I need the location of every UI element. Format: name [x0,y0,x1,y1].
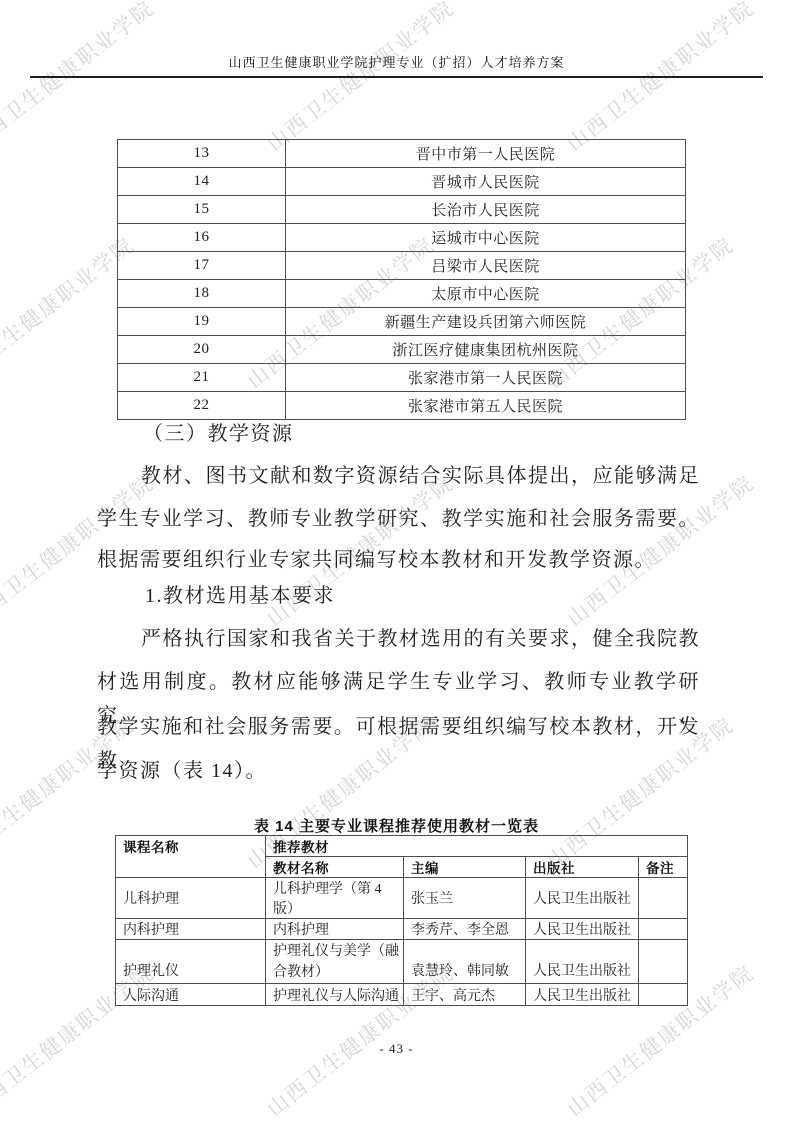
publisher-header: 出版社 [526,857,639,878]
page-number: - 43 - [0,1041,793,1057]
table-row: 21 张家港市第一人民医院 [118,364,686,392]
table-row: 18 太原市中心医院 [118,280,686,308]
note-header: 备注 [639,857,688,878]
table14-caption: 表 14 主要专业课程推荐使用教材一览表 [0,815,793,836]
paragraph-line: 学资源（表 14）。 [97,754,700,788]
editor-header: 主编 [404,857,526,878]
book-cell: 护理礼仪与人际沟通 [266,984,404,1006]
paragraph-line: 根据需要组织行业专家共同编写校本教材和开发教学资源。 [97,543,700,577]
paragraph-line: 材选用制度。教材应能够满足学生专业学习、教师专业教学研究、 [97,665,700,699]
hospital-name-cell: 晋城市人民医院 [286,168,686,196]
hospital-no-cell: 19 [118,308,286,336]
hospital-no-cell: 14 [118,168,286,196]
hospital-no-cell: 20 [118,336,286,364]
hospital-name-cell: 吕梁市人民医院 [286,252,686,280]
paragraph-line: 学生专业学习、教师专业教学研究、教学实施和社会服务需要。 [97,502,700,536]
page-header-title: 山西卫生健康职业学院护理专业（扩招）人才培养方案 [0,52,793,71]
editor-cell: 张玉兰 [404,878,526,919]
publisher-cell: 人民卫生出版社 [526,984,639,1006]
table-row: 内科护理 内科护理 李秀芹、李全恩 人民卫生出版社 [116,919,688,940]
course-cell: 儿科护理 [116,878,266,919]
table-row: 16 运城市中心医院 [118,224,686,252]
hospital-name-cell: 新疆生产建设兵团第六师医院 [286,308,686,336]
book-cell: 内科护理 [266,919,404,940]
hospital-no-cell: 22 [118,392,286,420]
hospital-no-cell: 18 [118,280,286,308]
course-cell: 人际沟通 [116,984,266,1006]
paragraph-line: 教材、图书文献和数字资源结合实际具体提出，应能够满足 [97,459,700,493]
hospital-no-cell: 16 [118,224,286,252]
document-page: 山西卫生健康职业学院山西卫生健康职业学院山西卫生健康职业学院山西卫生健康职业学院… [0,0,793,1122]
textbook-table: 课程名称 推荐教材 教材名称 主编 出版社 备注 儿科护理 儿科护理学（第 4 … [115,835,688,1006]
note-cell [639,919,688,940]
note-cell [639,940,688,984]
table-row: 22 张家港市第五人民医院 [118,392,686,420]
hospital-name-cell: 晋中市第一人民医院 [286,140,686,168]
book-cell: 儿科护理学（第 4 版） [266,878,404,919]
publisher-cell: 人民卫生出版社 [526,919,639,940]
table-row: 人际沟通 护理礼仪与人际沟通 王宇、高元杰 人民卫生出版社 [116,984,688,1006]
hospital-no-cell: 15 [118,196,286,224]
note-cell [639,984,688,1006]
hospital-table: 13 晋中市第一人民医院 14 晋城市人民医院 15 长治市人民医院 16 运城… [117,139,686,420]
table-row: 护理礼仪 护理礼仪与美学（融合教材） 袁慧玲、韩同敏 人民卫生出版社 [116,940,688,984]
hospital-name-cell: 运城市中心医院 [286,224,686,252]
table-row: 13 晋中市第一人民医院 [118,140,686,168]
publisher-cell: 人民卫生出版社 [526,940,639,984]
publisher-cell: 人民卫生出版社 [526,878,639,919]
editor-cell: 王宇、高元杰 [404,984,526,1006]
hospital-name-cell: 张家港市第一人民医院 [286,364,686,392]
table-row: 儿科护理 儿科护理学（第 4 版） 张玉兰 人民卫生出版社 [116,878,688,919]
table-row: 17 吕梁市人民医院 [118,252,686,280]
table-row: 19 新疆生产建设兵团第六师医院 [118,308,686,336]
table-row: 14 晋城市人民医院 [118,168,686,196]
course-name-header: 课程名称 [116,836,266,878]
hospital-no-cell: 13 [118,140,286,168]
paragraph-line: 教学实施和社会服务需要。可根据需要组织编写校本教材，开发教 [97,710,700,744]
hospital-no-cell: 17 [118,252,286,280]
book-name-header: 教材名称 [266,857,404,878]
book-cell: 护理礼仪与美学（融合教材） [266,940,404,984]
table-header-row: 课程名称 推荐教材 [116,836,688,857]
note-cell [639,878,688,919]
course-cell: 内科护理 [116,919,266,940]
header-divider [30,76,763,78]
editor-cell: 袁慧玲、韩同敏 [404,940,526,984]
sub-heading: 1.教材选用基本要求 [97,579,700,613]
editor-cell: 李秀芹、李全恩 [404,919,526,940]
paragraph-line: 严格执行国家和我省关于教材选用的有关要求，健全我院教 [97,622,700,656]
table-row: 15 长治市人民医院 [118,196,686,224]
course-cell: 护理礼仪 [116,940,266,984]
hospital-name-cell: 张家港市第五人民医院 [286,392,686,420]
section-heading: （三）教学资源 [97,417,700,451]
hospital-name-cell: 太原市中心医院 [286,280,686,308]
table-row: 20 浙江医疗健康集团杭州医院 [118,336,686,364]
hospital-name-cell: 浙江医疗健康集团杭州医院 [286,336,686,364]
recommended-textbook-header: 推荐教材 [266,836,688,857]
hospital-no-cell: 21 [118,364,286,392]
hospital-name-cell: 长治市人民医院 [286,196,686,224]
